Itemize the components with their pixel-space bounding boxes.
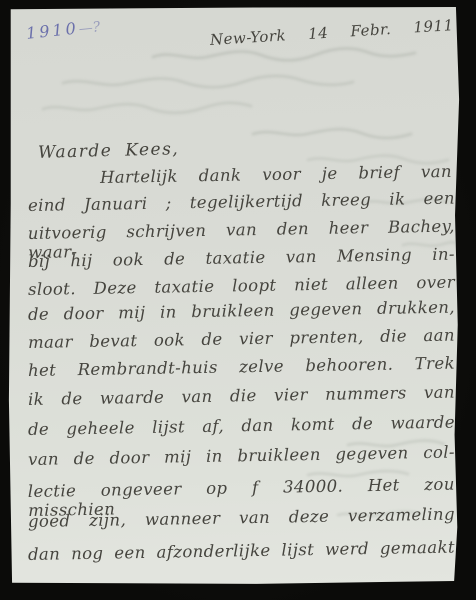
letter-line: dan nog een afzonderlijke lijst werd gem…	[28, 538, 455, 564]
letter-dateline: New-York 14 Febr. 1911	[209, 16, 454, 49]
letter-line: maar bevat ook de vier prenten, die aan	[28, 326, 455, 352]
letter-line: ik de waarde van die vier nummers van	[28, 383, 455, 409]
letter-line: van de door mij in bruikleen gegeven col…	[28, 443, 455, 469]
letter-line: de door mij in bruikleen gegeven drukken…	[28, 298, 455, 324]
letter-line: het Rembrandt-huis zelve behooren. Trek	[28, 354, 455, 380]
letter-line: eind Januari ; tegelijkertijd kreeg ik e…	[28, 189, 455, 215]
letter-line: Hartelijk dank voor je brief van	[100, 162, 452, 187]
archival-year-annotation: 1910—?	[25, 16, 101, 43]
letter-line: de geheele lijst af, dan komt de waarde	[28, 413, 455, 439]
annotation-year: 1910	[25, 18, 79, 42]
photograph-of-letter: 1910—? New-York 14 Febr. 1911 Waarde Kee…	[0, 0, 476, 600]
letter-page: 1910—? New-York 14 Febr. 1911 Waarde Kee…	[8, 7, 460, 585]
annotation-query-mark: —?	[78, 19, 101, 37]
letter-line: sloot. Deze taxatie loopt niet alleen ov…	[28, 273, 455, 299]
letter-salutation: Waarde Kees,	[38, 139, 180, 163]
